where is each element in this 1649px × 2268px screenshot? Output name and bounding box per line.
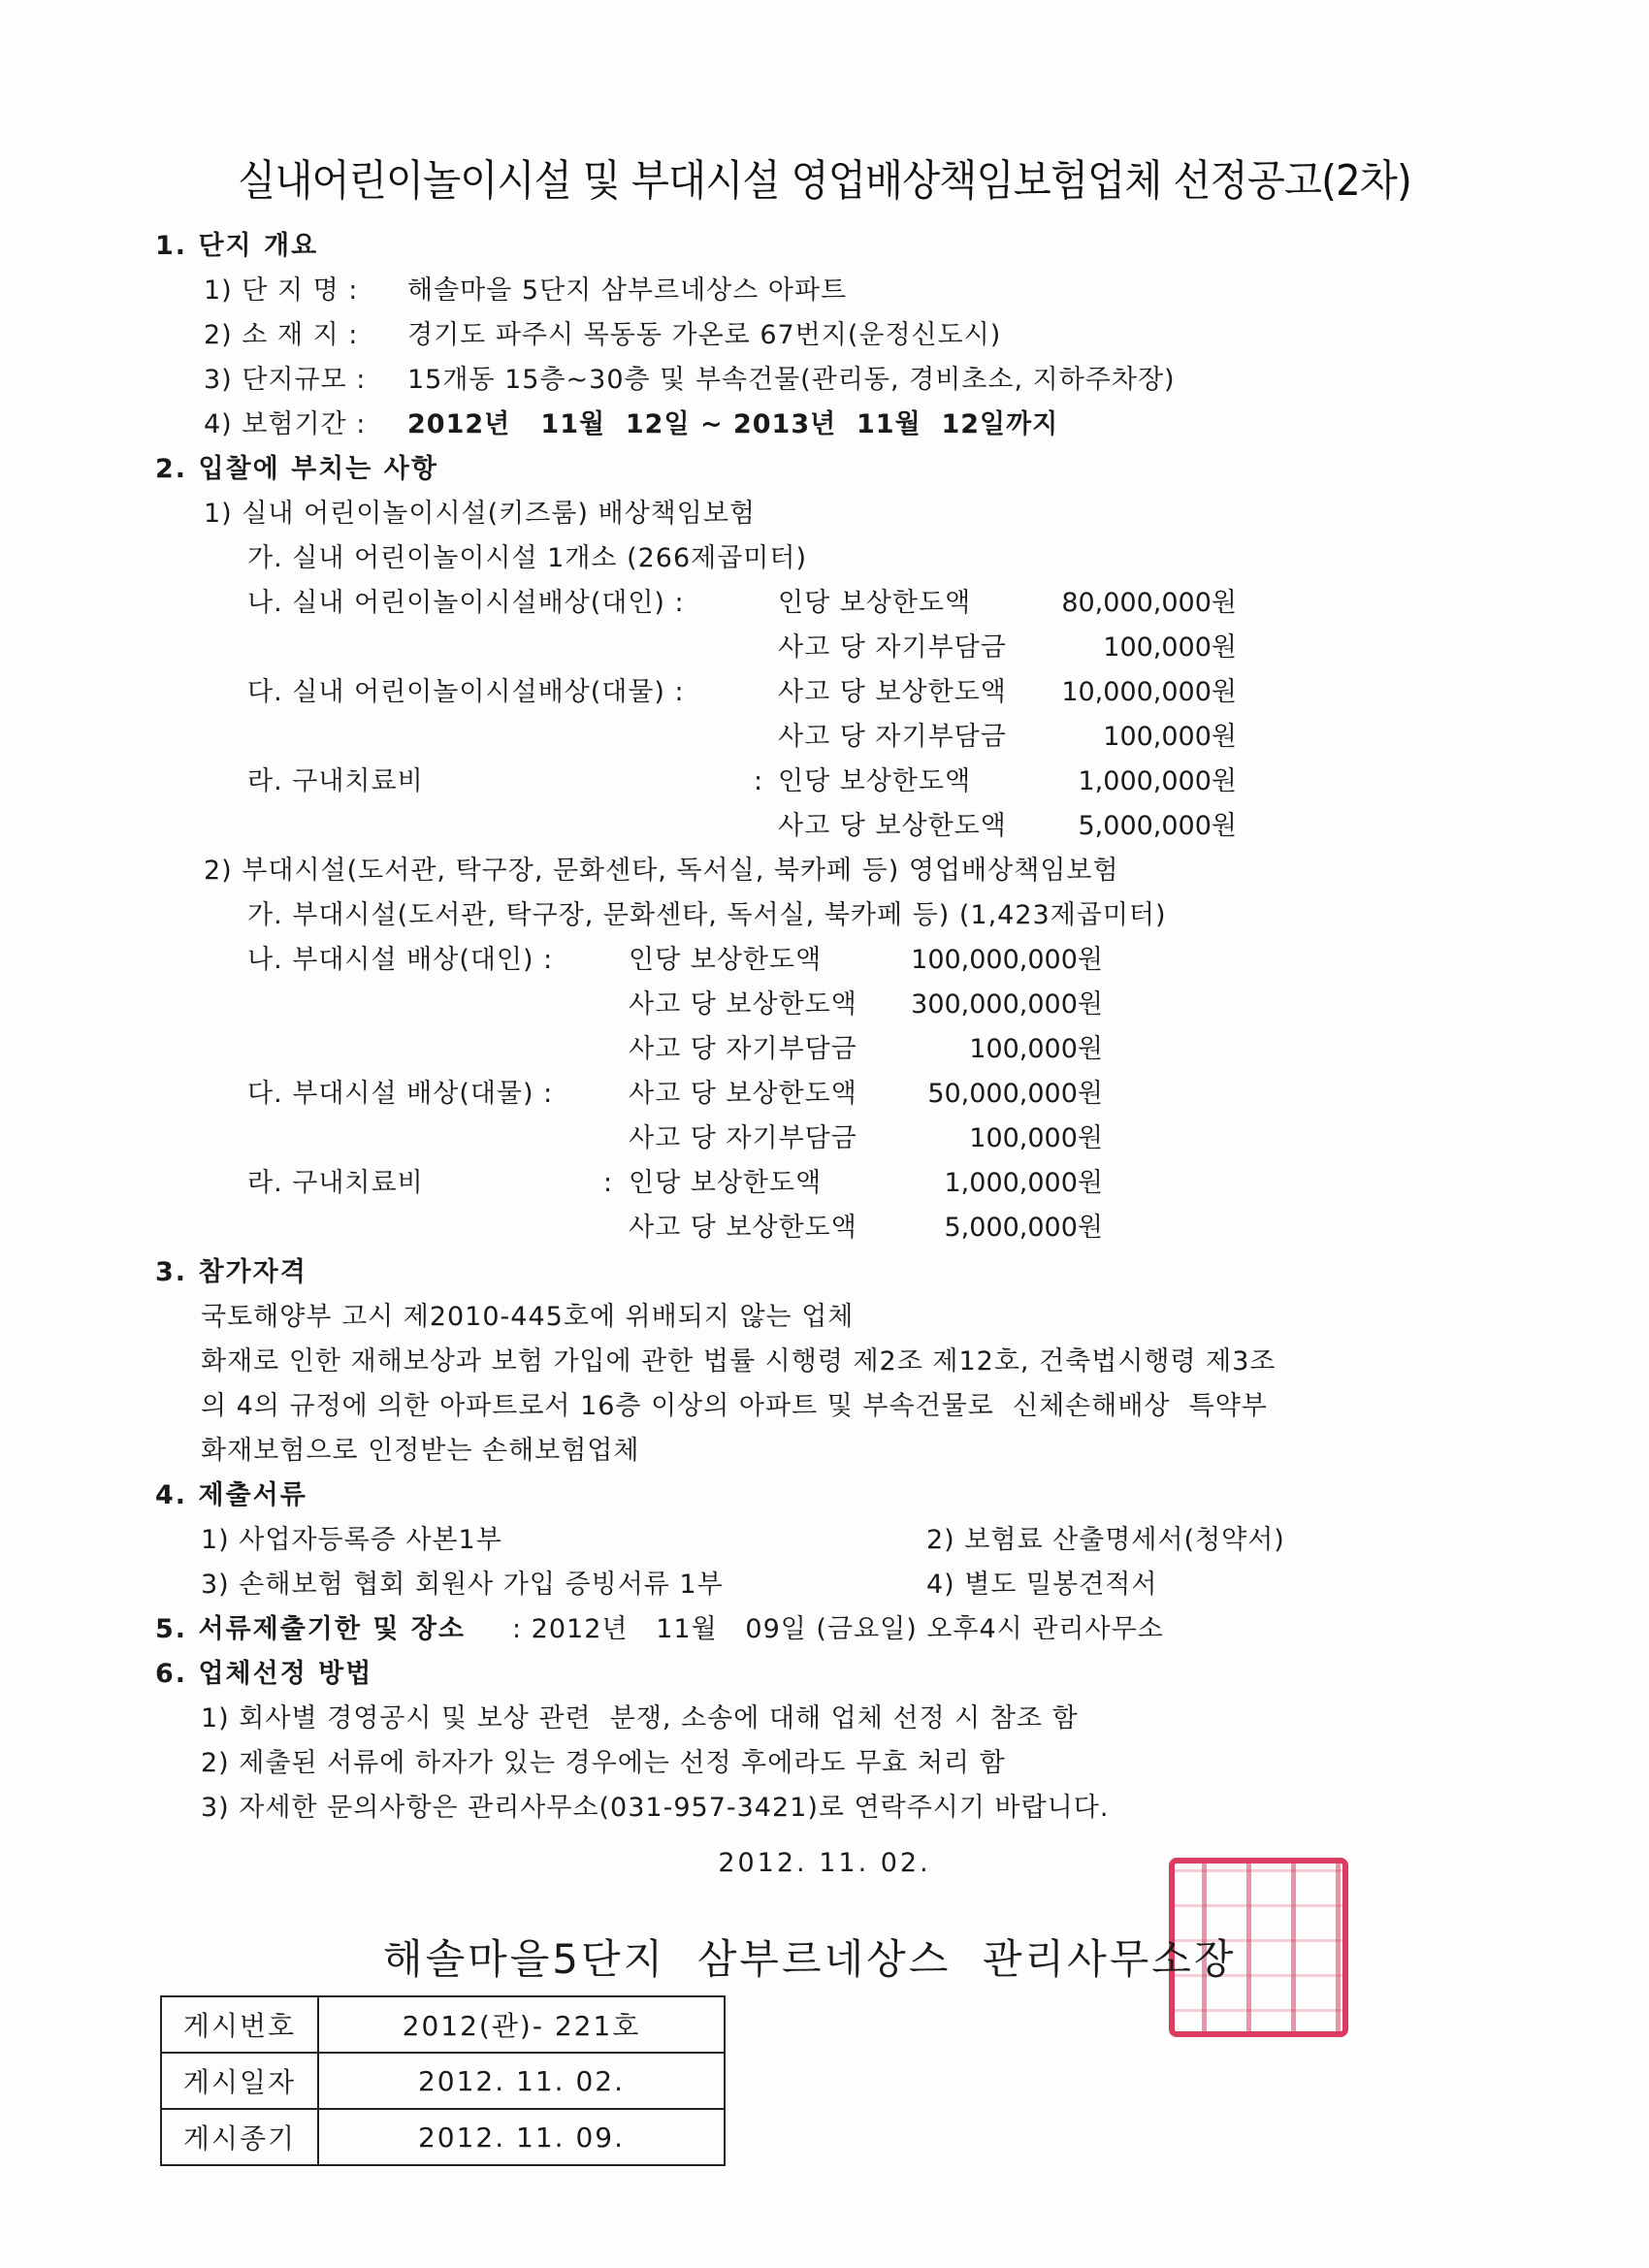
posting-end-label: 게시종기 [161,2109,318,2165]
coverage-amount: 300,000,000원 [854,988,1103,1021]
required-document: 1) 사업자등록증 사본1부 [201,1524,502,1557]
location-label: 2) 소 재 지 : [204,319,358,352]
complex-name-value: 해솔마을 5단지 삼부르네상스 아파트 [407,275,847,308]
coverage-amount: 1,000,000원 [854,1167,1103,1200]
coverage-item: 사고 당 보상한도액 [629,988,857,1021]
posting-date-value: 2012. 11. 02. [318,2053,725,2109]
posting-date-label: 게시일자 [161,2053,318,2109]
section-1-heading: 1. 단지 개요 [155,230,318,263]
required-document: 4) 별도 밀봉견적서 [926,1569,1157,1602]
coverage-amount: 10,000,000원 [970,676,1237,709]
table-row: 게시일자 2012. 11. 02. [161,2053,725,2109]
coverage-item: 인당 보상한도액 [778,587,971,620]
coverage-item: 사고 당 자기부담금 [629,1122,857,1155]
facilities-area: 가. 부대시설(도서관, 탁구장, 문화센타, 독서실, 북카페 등) (1,4… [247,899,1167,932]
section-6-heading: 6. 업체선정 방법 [155,1658,372,1691]
issuer-name: 해솔마을5단지 삼부르네상스 관리사무소장 [383,1928,1236,1986]
section-5-heading: 5. 서류제출기한 및 장소 [155,1613,466,1646]
required-document: 3) 손해보험 협회 회원사 가입 증빙서류 1부 [201,1569,724,1602]
coverage-item: 사고 당 자기부담금 [629,1033,857,1066]
notice-document: 실내어린이놀이시설 및 부대시설 영업배상책임보험업체 선정공고(2차) 1. … [0,0,1649,2268]
posting-info-table: 게시번호 2012(관)- 221호 게시일자 2012. 11. 02. 게시… [160,1995,726,2166]
selection-method: 1) 회사별 경영공시 및 보상 관련 분쟁, 소송에 대해 업체 선정 시 참… [201,1702,1079,1735]
document-title: 실내어린이놀이시설 및 부대시설 영업배상책임보험업체 선정공고(2차) [66,146,1583,208]
posting-number-value: 2012(관)- 221호 [318,1996,725,2053]
kids-bodily-label: 나. 실내 어린이놀이시설배상(대인) : [247,587,685,620]
coverage-item: 인당 보상한도액 [629,1167,822,1200]
coverage-amount: 5,000,000원 [854,1212,1103,1245]
coverage-item: 사고 당 보상한도액 [629,1078,857,1111]
coverage-amount: 100,000,000원 [854,944,1103,977]
required-document: 2) 보험료 산출명세서(청약서) [926,1524,1285,1557]
complex-name-label: 1) 단 지 명 : [204,275,358,308]
selection-method: 2) 제출된 서류에 하자가 있는 경우에는 선정 후에라도 무효 처리 함 [201,1747,1006,1780]
coverage-item: 인당 보상한도액 [778,765,971,798]
kids-room-area: 가. 실내 어린이놀이시설 1개소 (266제곱미터) [247,542,807,575]
section-4-heading: 4. 제출서류 [155,1479,307,1512]
colon: : [754,765,763,798]
notice-date: 2012. 11. 02. [0,1848,1649,1878]
coverage-amount: 5,000,000원 [970,810,1237,843]
location-value: 경기도 파주시 목동동 가온로 67번지(운정신도시) [407,319,1001,352]
coverage-item: 사고 당 보상한도액 [629,1212,857,1245]
coverage-amount: 100,000원 [970,721,1237,754]
kids-room-heading: 1) 실내 어린이놀이시설(키즈룸) 배상책임보험 [204,498,756,531]
facilities-property-label: 다. 부대시설 배상(대물) : [247,1078,553,1111]
table-row: 게시종기 2012. 11. 09. [161,2109,725,2165]
complex-scale-label: 3) 단지규모 : [204,364,366,397]
section-3-heading: 3. 참가자격 [155,1256,307,1289]
selection-method: 3) 자세한 문의사항은 관리사무소(031-957-3421)로 연락주시기 … [201,1792,1109,1825]
coverage-amount: 50,000,000원 [854,1078,1103,1111]
coverage-amount: 1,000,000원 [970,765,1237,798]
complex-scale-value: 15개동 15층~30층 및 부속건물(관리동, 경비초소, 지하주차장) [407,364,1176,397]
coverage-amount: 100,000원 [854,1033,1103,1066]
kids-property-label: 다. 실내 어린이놀이시설배상(대물) : [247,676,685,709]
facilities-heading: 2) 부대시설(도서관, 탁구장, 문화센타, 독서실, 북카페 등) 영업배상… [204,855,1119,888]
coverage-amount: 80,000,000원 [970,587,1237,620]
table-row: 게시번호 2012(관)- 221호 [161,1996,725,2053]
qualification-line: 화재보험으로 인정받는 손해보험업체 [201,1435,639,1468]
submission-deadline: : 2012년 11월 09일 (금요일) 오후4시 관리사무소 [512,1613,1164,1646]
qualification-line: 국토해양부 고시 제2010-445호에 위배되지 않는 업체 [201,1301,854,1334]
facilities-medical-label: 라. 구내치료비 [247,1167,424,1200]
coverage-item: 인당 보상한도액 [629,944,822,977]
posting-number-label: 게시번호 [161,1996,318,2053]
qualification-line: 화재로 인한 재해보상과 보험 가입에 관한 법률 시행령 제2조 제12호, … [201,1345,1277,1378]
insurance-period-label: 4) 보험기간 : [204,408,366,441]
qualification-line: 의 4의 규정에 의한 아파트로서 16층 이상의 아파트 및 부속건물로 신체… [201,1390,1268,1423]
coverage-amount: 100,000원 [854,1122,1103,1155]
posting-end-value: 2012. 11. 09. [318,2109,725,2165]
insurance-period-value: 2012년 11월 12일 ~ 2013년 11월 12일까지 [407,408,1058,441]
coverage-amount: 100,000원 [970,632,1237,664]
facilities-bodily-label: 나. 부대시설 배상(대인) : [247,944,553,977]
kids-medical-label: 라. 구내치료비 [247,765,424,798]
colon: : [603,1167,613,1200]
section-2-heading: 2. 입찰에 부치는 사항 [155,453,438,486]
